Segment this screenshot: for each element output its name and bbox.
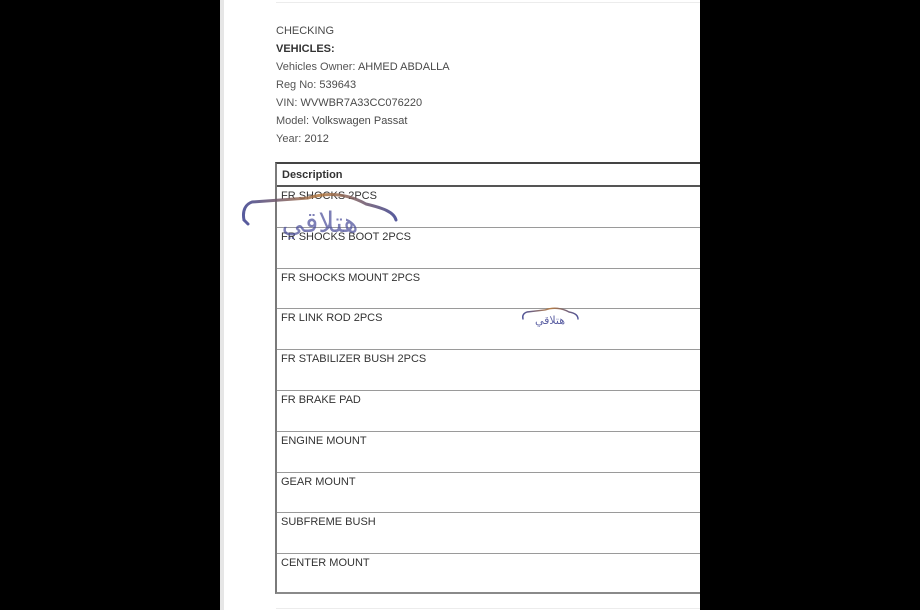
field-value: AHMED ABDALLA [358, 61, 450, 73]
parts-table: Description FR SHOCKS 2PCS FR SHOCKS BOO… [275, 162, 700, 594]
field-label: Reg No: [276, 79, 316, 91]
field-owner: Vehicles Owner: AHMED ABDALLA [276, 58, 450, 76]
field-label: VIN: [276, 97, 297, 109]
table-row: FR SHOCKS MOUNT 2PCS [277, 269, 700, 310]
table-row: CENTER MOUNT [277, 554, 700, 595]
table-header: Description [277, 164, 700, 187]
table-row: FR SHOCKS BOOT 2PCS [277, 228, 700, 269]
table-row: SUBFREME BUSH [277, 513, 700, 554]
field-value: Volkswagen Passat [312, 115, 407, 127]
table-row: FR SHOCKS 2PCS [277, 187, 700, 228]
field-label: Year: [276, 133, 301, 145]
table-row: FR BRAKE PAD [277, 391, 700, 432]
vehicle-info: CHECKING VEHICLES: Vehicles Owner: AHMED… [276, 22, 450, 148]
document-page: CHECKING VEHICLES: Vehicles Owner: AHMED… [220, 0, 700, 610]
bottom-divider [276, 608, 700, 609]
field-year: Year: 2012 [276, 130, 450, 148]
page-edge [220, 0, 224, 610]
field-model: Model: Volkswagen Passat [276, 112, 450, 130]
field-vin: VIN: WVWBR7A33CC076220 [276, 94, 450, 112]
field-value: 539643 [319, 79, 356, 91]
field-value: 2012 [304, 133, 328, 145]
table-row: FR LINK ROD 2PCS [277, 309, 700, 350]
table-row: FR STABILIZER BUSH 2PCS [277, 350, 700, 391]
field-label: Vehicles Owner: [276, 61, 355, 73]
field-label: Model: [276, 115, 309, 127]
field-reg-no: Reg No: 539643 [276, 76, 450, 94]
top-divider [276, 2, 700, 3]
doc-heading: CHECKING [276, 22, 450, 40]
table-row: GEAR MOUNT [277, 473, 700, 514]
section-title: VEHICLES: [276, 40, 450, 58]
table-row: ENGINE MOUNT [277, 432, 700, 473]
field-value: WVWBR7A33CC076220 [300, 97, 422, 109]
